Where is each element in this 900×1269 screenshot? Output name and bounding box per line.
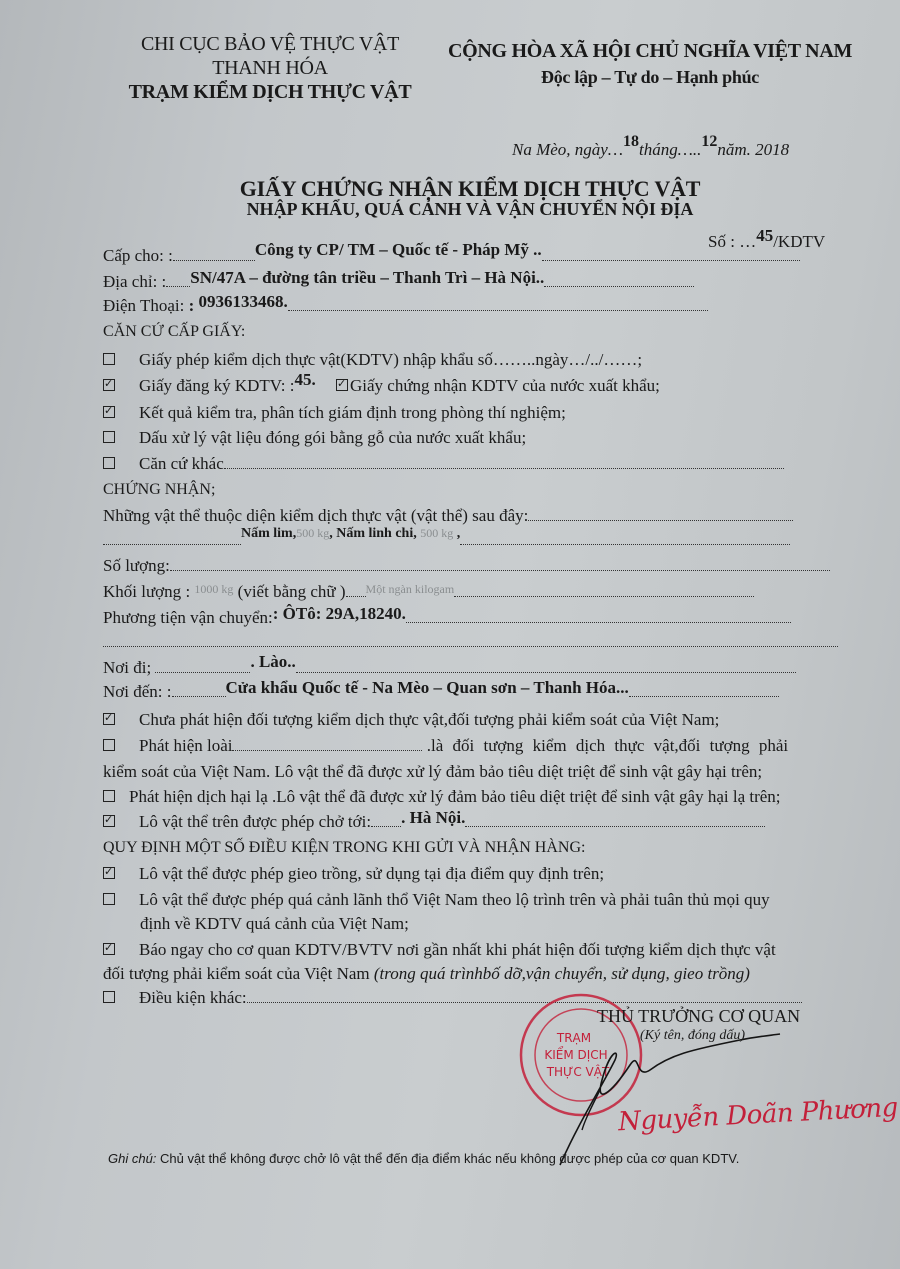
checkbox-checked[interactable]: [103, 713, 115, 725]
document-subtitle: NHẬP KHẨU, QUÁ CẢNH VÀ VẬN CHUYỂN NỘI ĐỊ…: [100, 199, 840, 220]
weight-words-value: Một ngàn kilogam: [366, 582, 455, 596]
certify-heading: CHỨNG NHẬN;: [103, 481, 840, 499]
date-place: Na Mèo, ngày: [512, 140, 608, 159]
phone-row: Điện Thoại: : 0936133468.: [103, 296, 840, 316]
national-motto: Độc lập – Tự do – Hạnh phúc: [430, 64, 870, 90]
condition-text: Lô vật thể được phép gieo trồng, sử dụng…: [139, 864, 604, 883]
agency-line-2: THANH HÓA: [100, 56, 440, 80]
result-text: Phát hiện dịch hại lạ .Lô vật thể đã đượ…: [129, 787, 781, 806]
basis-item-2: Giấy đăng ký KDTV: :45. Giấy chứng nhận …: [103, 376, 840, 396]
result-item-2-continued: kiểm soát của Việt Nam. Lô vật thể đã đư…: [103, 762, 840, 782]
basis-item-3: Kết quả kiểm tra, phân tích giám định tr…: [103, 403, 840, 423]
issued-to-value: Công ty CP/ TM – Quốc tế - Pháp Mỹ ..: [255, 240, 542, 259]
basis-item-4: Dấu xử lý vật liệu đóng gói bằng gỗ của …: [103, 428, 840, 448]
weight-words-label: (viết bằng chữ ): [238, 582, 346, 601]
checkbox-unchecked[interactable]: [103, 893, 115, 905]
goods-row: Nấm lim,500 kg, Nấm linh chi, 500 kg ,: [103, 530, 840, 550]
date-day: 18: [623, 133, 639, 150]
transport-row: Phương tiện vận chuyển:: ÔTô: 29A,18240.: [103, 608, 840, 628]
certificate-page: CHI CỤC BẢO VỆ THỰC VẬT THANH HÓA TRẠM K…: [0, 0, 900, 1269]
phone-value: 0936133468.: [199, 292, 288, 311]
basis-item-text: Kết quả kiểm tra, phân tích giám định tr…: [139, 403, 566, 422]
nation-name: CỘNG HÒA XÃ HỘI CHỦ NGHĨA VIỆT NAM: [430, 38, 870, 64]
result-text: Chưa phát hiện đối tượng kiểm dịch thực …: [139, 710, 719, 729]
checkbox-checked[interactable]: [103, 379, 115, 391]
checkbox-unchecked[interactable]: [103, 991, 115, 1003]
destination-value: Cửa khẩu Quốc tế - Na Mèo – Quan sơn – T…: [226, 678, 629, 697]
footnote: Ghi chú: Chủ vật thể không được chở lô v…: [108, 1151, 739, 1166]
result-item-3: Phát hiện dịch hại lạ .Lô vật thể đã đượ…: [103, 787, 840, 807]
issued-to-label: Cấp cho:: [103, 246, 164, 265]
agency-line-3: TRẠM KIỂM DỊCH THỰC VẬT: [100, 80, 440, 104]
basis-item-1: Giấy phép kiểm dịch thực vật(KDTV) nhập …: [103, 350, 840, 370]
goods-label: Những vật thể thuộc diện kiểm dịch thực …: [103, 506, 528, 525]
issuing-agency: CHI CỤC BẢO VỆ THỰC VẬT THANH HÓA TRẠM K…: [100, 32, 440, 104]
origin-value: . Lào..: [250, 652, 295, 671]
destination-row: Nơi đến: :Cửa khẩu Quốc tế - Na Mèo – Qu…: [103, 682, 840, 702]
footnote-label: Ghi chú:: [108, 1151, 156, 1166]
issued-to-row: Cấp cho: :Công ty CP/ TM – Quốc tế - Phá…: [103, 246, 840, 266]
condition-text: Báo ngay cho cơ quan KDTV/BVTV nơi gần n…: [139, 940, 776, 959]
checkbox-checked[interactable]: [103, 406, 115, 418]
national-header: CỘNG HÒA XÃ HỘI CHỦ NGHĨA VIỆT NAM Độc l…: [430, 38, 870, 90]
origin-label: Nơi đi;: [103, 658, 151, 677]
checkbox-checked[interactable]: [336, 379, 348, 391]
basis-item-5: Căn cứ khác: [103, 454, 840, 474]
conditions-heading: QUY ĐỊNH MỘT SỐ ĐIỀU KIỆN TRONG KHI GỬI …: [103, 839, 840, 857]
condition-text: Lô vật thể được phép quá cảnh lãnh thổ V…: [139, 890, 770, 909]
goods-label-row: Những vật thể thuộc diện kiểm dịch thực …: [103, 506, 840, 526]
condition-text-italic: (trong quá trìnhbố dỡ,vận chuyển, sử dụn…: [374, 964, 750, 983]
basis-item-text: Giấy phép kiểm dịch thực vật(KDTV) nhập …: [139, 350, 642, 369]
origin-row: Nơi đi; . Lào..: [103, 658, 840, 678]
checkbox-checked[interactable]: [103, 815, 115, 827]
checkbox-unchecked[interactable]: [103, 431, 115, 443]
date-line: Na Mèo, ngày…18tháng…..12năm. 2018: [512, 140, 789, 160]
weight-row: Khối lượng : 1000 kg (viết bằng chữ )Một…: [103, 582, 840, 602]
basis-item-extra-text: Giấy chứng nhận KDTV của nước xuất khẩu;: [350, 376, 660, 395]
basis-item-text: Căn cứ khác: [139, 454, 224, 473]
result-text: Lô vật thể trên được phép chở tới:: [139, 812, 371, 831]
basis-item-text: Giấy đăng ký KDTV: :: [139, 376, 295, 395]
condition-item-3-continued: đối tượng phải kiểm soát của Việt Nam (t…: [103, 964, 840, 984]
checkbox-unchecked[interactable]: [103, 457, 115, 469]
condition-text: đối tượng phải kiểm soát của Việt Nam: [103, 964, 374, 983]
footnote-text: Chủ vật thể không được chở lô vật thể đế…: [156, 1151, 739, 1166]
transport-label: Phương tiện vận chuyển:: [103, 608, 273, 627]
permitted-destination: . Hà Nội.: [401, 808, 465, 827]
basis-item-text: Dấu xử lý vật liệu đóng gói bằng gỗ của …: [139, 428, 526, 447]
result-item-2: Phát hiện loài .là đối tượng kiểm dịch t…: [103, 736, 840, 756]
transport-continued: [103, 632, 840, 652]
checkbox-checked[interactable]: [103, 867, 115, 879]
phone-label: Điện Thoại:: [103, 296, 184, 315]
checkbox-unchecked[interactable]: [103, 790, 115, 802]
date-month: 12: [701, 133, 717, 150]
number-value: 45: [756, 226, 773, 245]
condition-item-2: Lô vật thể được phép quá cảnh lãnh thổ V…: [103, 890, 840, 910]
result-text: Phát hiện loài: [139, 736, 232, 755]
condition-item-1: Lô vật thể được phép gieo trồng, sử dụng…: [103, 864, 840, 884]
address-value: SN/47A – đường tân triều – Thanh Trì – H…: [190, 268, 544, 287]
quantity-row: Số lượng:: [103, 556, 840, 576]
date-year: năm. 2018: [717, 140, 789, 159]
weight-value: 1000 kg: [194, 582, 233, 596]
checkbox-unchecked[interactable]: [103, 739, 115, 751]
quantity-label: Số lượng:: [103, 556, 170, 575]
basis-heading: CĂN CỨ CẤP GIẤY:: [103, 323, 840, 341]
result-item-1: Chưa phát hiện đối tượng kiểm dịch thực …: [103, 710, 840, 730]
address-label: Địa chỉ:: [103, 272, 157, 291]
date-month-label: tháng: [639, 140, 678, 159]
condition-item-4: Điều kiện khác:: [103, 988, 840, 1008]
checkbox-checked[interactable]: [103, 943, 115, 955]
result-text: .là đối tượng kiểm dịch thực vật,đối tượ…: [427, 736, 788, 755]
handwritten-signature-icon: [540, 1020, 800, 1170]
result-item-4: Lô vật thể trên được phép chở tới:. Hà N…: [103, 812, 840, 832]
checkbox-unchecked[interactable]: [103, 353, 115, 365]
registration-number: 45.: [295, 370, 316, 389]
goods-list: Nấm lim,500 kg, Nấm linh chi, 500 kg ,: [241, 526, 460, 541]
condition-item-2-continued: định về KDTV quá cảnh của Việt Nam;: [140, 914, 840, 934]
condition-item-3: Báo ngay cho cơ quan KDTV/BVTV nơi gần n…: [103, 940, 840, 960]
transport-value: : ÔTô: 29A,18240.: [273, 604, 406, 623]
destination-label: Nơi đến:: [103, 682, 163, 701]
agency-line-1: CHI CỤC BẢO VỆ THỰC VẬT: [100, 32, 440, 56]
address-row: Địa chỉ: :SN/47A – đường tân triều – Tha…: [103, 272, 840, 292]
condition-text: Điều kiện khác:: [139, 988, 247, 1007]
weight-label: Khối lượng: [103, 582, 181, 601]
